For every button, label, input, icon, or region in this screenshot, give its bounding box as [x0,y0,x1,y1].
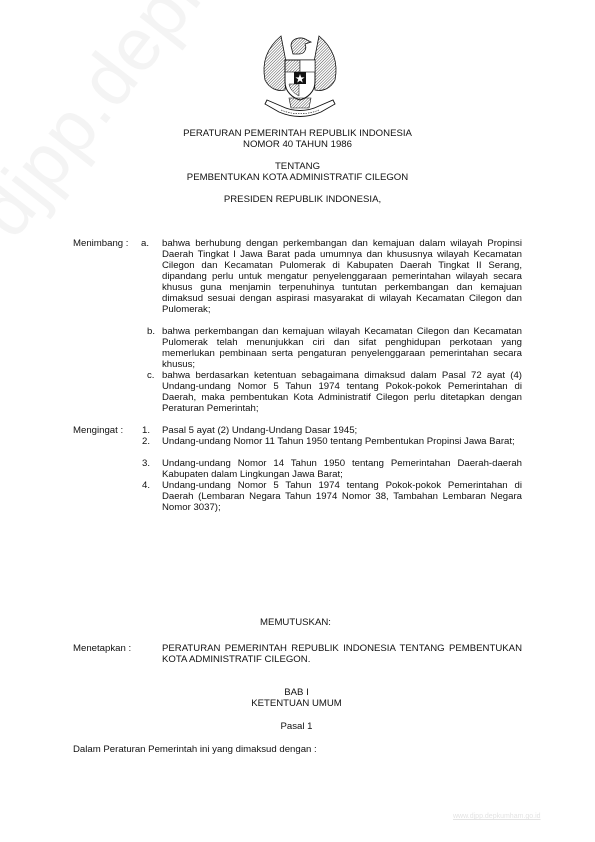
regulation-subject: PEMBENTUKAN KOTA ADMINISTRATIF CILEGON [0,172,595,183]
mengingat-label: Mengingat : [73,425,123,436]
garuda-emblem-icon [251,28,349,122]
memutuskan-heading: MEMUTUSKAN: [0,617,593,628]
mengingat-marker-2: 2. [136,436,150,447]
menimbang-marker-c: c. [147,370,154,381]
president-heading: PRESIDEN REPUBLIK INDONESIA, [5,194,595,205]
mengingat-marker-4: 4. [136,480,150,491]
mengingat-marker-1: 1. [136,425,150,436]
menimbang-marker-a: a. [141,238,149,249]
mengingat-item-4: Undang-undang Nomor 5 Tahun 1974 tentang… [162,480,522,513]
tentang-heading: TENTANG [0,161,595,172]
menetapkan-text: PERATURAN PEMERINTAH REPUBLIK INDONESIA … [162,643,522,665]
mengingat-item-1: Pasal 5 ayat (2) Undang-Undang Dasar 194… [162,425,522,436]
menimbang-item-b: bahwa perkembangan dan kemajuan wilayah … [162,326,522,370]
menimbang-marker-b: b. [147,326,155,337]
pasal-intro: Dalam Peraturan Pemerintah ini yang dima… [73,744,317,755]
mengingat-item-2: Undang-undang Nomor 11 Tahun 1950 tentan… [162,436,522,447]
menimbang-item-c: bahwa berdasarkan ketentuan sebagaimana … [162,370,522,414]
bab-number: BAB I [0,687,594,698]
regulation-number: NOMOR 40 TAHUN 1986 [0,139,595,150]
footer-website-link[interactable]: www.djpp.depkumham.go.id [453,813,541,820]
menimbang-item-a: bahwa berhubung dengan perkembangan dan … [162,238,522,315]
menimbang-label: Menimbang : [73,238,128,249]
mengingat-marker-3: 3. [136,458,150,469]
pasal-heading: Pasal 1 [0,721,594,732]
mengingat-item-3: Undang-undang Nomor 14 Tahun 1950 tentan… [162,458,522,480]
regulation-title: PERATURAN PEMERINTAH REPUBLIK INDONESIA [0,128,595,139]
bab-title: KETENTUAN UMUM [0,698,594,709]
menetapkan-label: Menetapkan : [73,643,131,654]
document-page: djpp.depkumham.go.id PERATURAN PEMERINTA… [0,0,595,842]
